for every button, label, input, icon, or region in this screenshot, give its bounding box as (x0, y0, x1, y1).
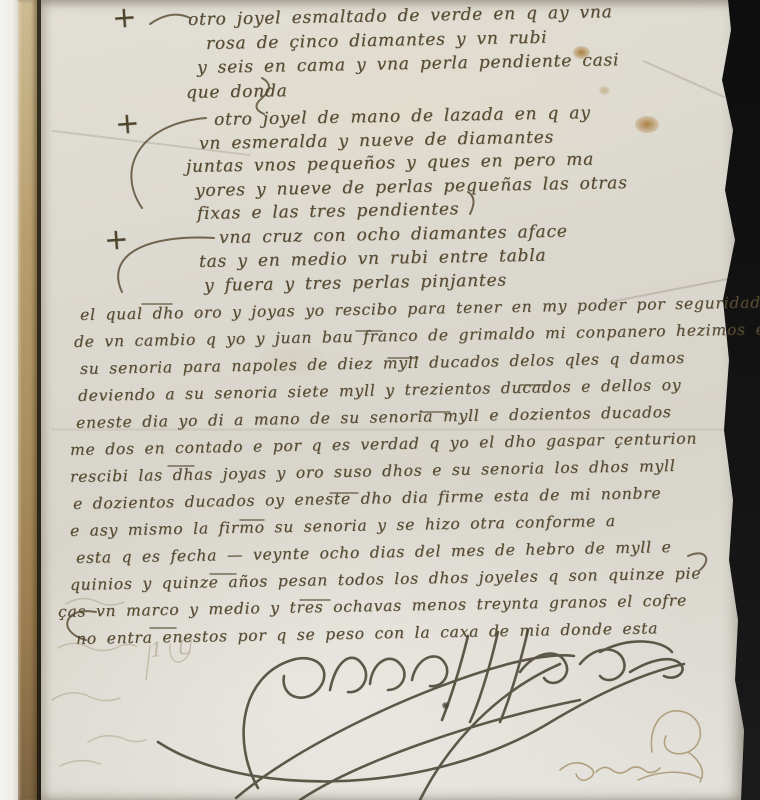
crease-line (642, 60, 725, 98)
margin-plus-mark: + (114, 105, 141, 141)
binding-edge (18, 0, 37, 800)
manuscript-photo: + + + otro joyel esmaltado de verde en q… (0, 0, 760, 800)
binding-shadow-line (37, 0, 41, 800)
fox-stain (635, 116, 659, 133)
fox-stain (599, 86, 610, 95)
margin-plus-mark: + (103, 221, 130, 257)
page-underlay-edge (0, 0, 18, 800)
margin-plus-mark: + (111, 0, 138, 35)
ink-dot (442, 702, 449, 709)
bleedthrough-foliation-mark: 1 U (149, 634, 199, 662)
manuscript-line: que donda (186, 81, 288, 103)
